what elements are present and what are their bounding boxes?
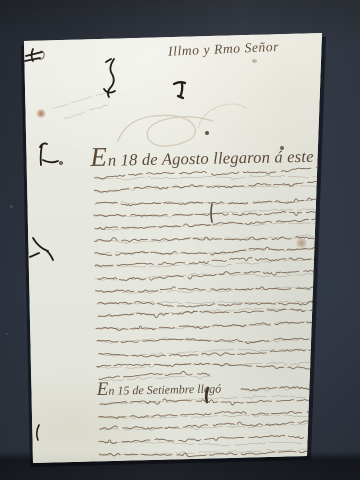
manuscript-photo: Illmo y Rmo Señor [0, 0, 360, 480]
text-block: En 18 de Agosto llegaron á este En 15 de… [92, 138, 324, 460]
manuscript-page: Illmo y Rmo Señor [0, 0, 360, 480]
arrow-mark [30, 238, 53, 260]
dust-speck [6, 333, 8, 335]
show-through-arc [198, 104, 246, 128]
handwriting-body [92, 138, 324, 460]
dust-speck [10, 205, 13, 208]
seven-mark [174, 82, 185, 98]
f-mark [40, 143, 62, 165]
corner-scribble-mark [25, 49, 44, 61]
inscription-trailing-mark [331, 55, 346, 58]
paragraph2-opening: En 15 de Setiembre llegó [97, 376, 247, 401]
small-stroke-mark [37, 425, 39, 440]
s-squiggle-mark [104, 59, 115, 97]
